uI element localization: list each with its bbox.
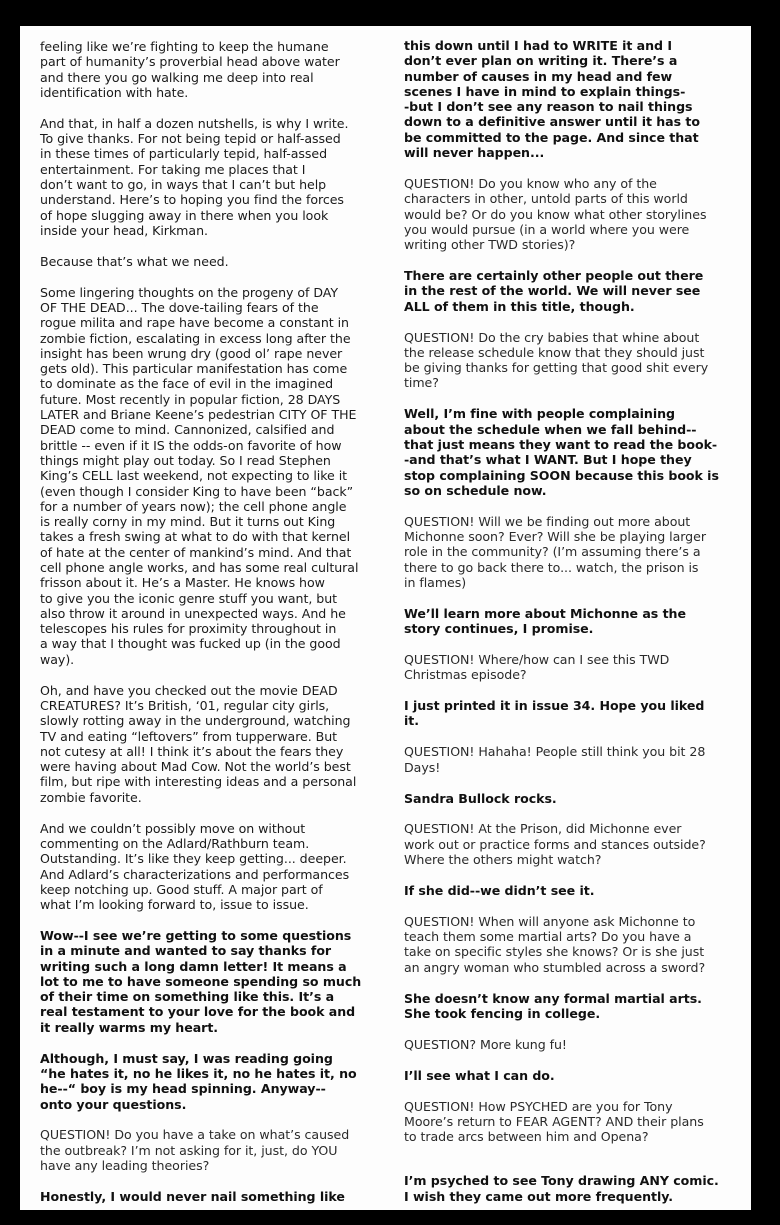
editor-reply: If she did--we didn’t see it. bbox=[404, 883, 754, 898]
reader-question: QUESTION! How PSYCHED are you for Tony M… bbox=[404, 1099, 754, 1145]
editor-reply: I just printed it in issue 34. Hope you … bbox=[404, 698, 754, 729]
reader-question: QUESTION! Do the cry babies that whine a… bbox=[404, 330, 754, 391]
editor-reply: Although, I must say, I was reading goin… bbox=[40, 1051, 390, 1112]
letters-page: feeling like we’re fighting to keep the … bbox=[20, 26, 751, 1210]
editor-reply: Wow--I see we’re getting to some questio… bbox=[40, 928, 390, 1035]
letter-paragraph: Some lingering thoughts on the progeny o… bbox=[40, 285, 390, 667]
editor-reply: There are certainly other people out the… bbox=[404, 268, 754, 314]
editor-reply: Sandra Bullock rocks. bbox=[404, 791, 754, 806]
left-column: feeling like we’re fighting to keep the … bbox=[40, 39, 390, 1220]
letter-paragraph: Because that’s what we need. bbox=[40, 254, 390, 269]
reader-question: QUESTION! Do you have a take on what’s c… bbox=[40, 1127, 390, 1173]
letter-paragraph: Oh, and have you checked out the movie D… bbox=[40, 683, 390, 805]
letter-paragraph: And we couldn’t possibly move on without… bbox=[40, 821, 390, 913]
reader-question: QUESTION! Hahaha! People still think you… bbox=[404, 744, 754, 775]
right-column: this down until I had to WRITE it and I … bbox=[404, 38, 754, 1220]
reader-question: QUESTION! At the Prison, did Michonne ev… bbox=[404, 821, 754, 867]
reader-question: QUESTION! Where/how can I see this TWD C… bbox=[404, 652, 754, 683]
editor-reply: I’m psyched to see Tony drawing ANY comi… bbox=[404, 1173, 754, 1204]
editor-reply: She doesn’t know any formal martial arts… bbox=[404, 991, 754, 1022]
letter-paragraph: feeling like we’re fighting to keep the … bbox=[40, 39, 390, 100]
editor-reply: I’ll see what I can do. bbox=[404, 1068, 754, 1083]
reader-question: QUESTION? More kung fu! bbox=[404, 1037, 754, 1052]
editor-reply: We’ll learn more about Michonne as the s… bbox=[404, 606, 754, 637]
editor-reply: Honestly, I would never nail something l… bbox=[40, 1189, 390, 1204]
reader-question: QUESTION! Will we be finding out more ab… bbox=[404, 514, 754, 590]
letter-paragraph: And that, in half a dozen nutshells, is … bbox=[40, 116, 390, 238]
editor-reply: this down until I had to WRITE it and I … bbox=[404, 38, 754, 160]
reader-question: QUESTION! Do you know who any of the cha… bbox=[404, 176, 754, 252]
reader-question: QUESTION! When will anyone ask Michonne … bbox=[404, 914, 754, 975]
editor-reply: Well, I’m fine with people complaining a… bbox=[404, 406, 754, 498]
